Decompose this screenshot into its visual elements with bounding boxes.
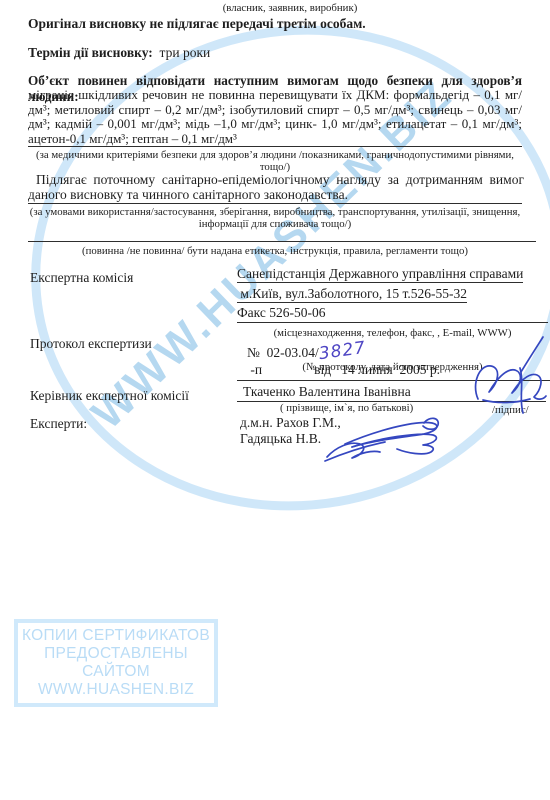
divider-line bbox=[28, 146, 522, 147]
experts-label: Експерти: bbox=[30, 416, 87, 432]
commission-label: Експертна комісія bbox=[30, 270, 133, 286]
original-notice: Оригінал висновку не підлягає передачі т… bbox=[28, 16, 528, 32]
head-name-caption: ( прізвище, ім`я, по батькові) bbox=[280, 402, 413, 414]
document-content: (власник, заявник, виробник) Оригінал ви… bbox=[0, 0, 550, 800]
supervision-text: Підлягає поточному санітарно-епідеміолог… bbox=[28, 172, 524, 202]
protocol-caption: (№ протоколу, дата його затвердження) bbox=[237, 361, 548, 373]
expert-name-2: Гадяцька Н.В. bbox=[240, 431, 321, 447]
commission-org-line3: Факс 526-50-06 bbox=[237, 305, 326, 320]
commission-org-caption: (місцезнаходження, телефон, факс, , E-ma… bbox=[237, 327, 548, 339]
expert-name-1: д.м.н. Рахов Г.М., bbox=[240, 415, 341, 431]
label-caption: (повинна /не повинна/ бути надана етикет… bbox=[25, 245, 525, 257]
divider-line bbox=[28, 241, 536, 242]
term-label: Термін дії висновку: bbox=[28, 45, 153, 60]
commission-org-line1: Санепідстанція Державного управління спр… bbox=[237, 266, 523, 283]
commission-org: Санепідстанція Державного управління спр… bbox=[237, 266, 548, 323]
head-label: Керівник експертної комісії bbox=[30, 388, 189, 404]
protocol-number-prefix: № 02-03.04/ bbox=[247, 345, 319, 360]
term-value: три роки bbox=[160, 45, 211, 60]
divider-line bbox=[28, 203, 522, 204]
protocol-label: Протокол експертизи bbox=[30, 336, 152, 352]
commission-org-line2: м.Київ, вул.Заболотного, 15 т.526-55-32 bbox=[237, 286, 467, 303]
term-row: Термін дії висновку: три роки bbox=[28, 45, 210, 61]
requirements-text: міграція шкідливих речовин не повинна пе… bbox=[28, 88, 522, 146]
head-name-row: Ткаченко Валентина Іванівна bbox=[237, 384, 546, 402]
conditions-caption: (за умовами використання/застосування, з… bbox=[25, 206, 525, 230]
head-name: Ткаченко Валентина Іванівна bbox=[243, 384, 411, 399]
criteria-caption: (за медичними критеріями безпеки для здо… bbox=[25, 149, 525, 173]
owner-caption: (власник, заявник, виробник) bbox=[40, 2, 540, 14]
signature-caption: /підпис/ bbox=[492, 404, 529, 416]
document-page: WWW.HUASHEN.BIZ КОПИИ СЕРТИФИКАТОВ ПРЕДО… bbox=[0, 0, 550, 800]
